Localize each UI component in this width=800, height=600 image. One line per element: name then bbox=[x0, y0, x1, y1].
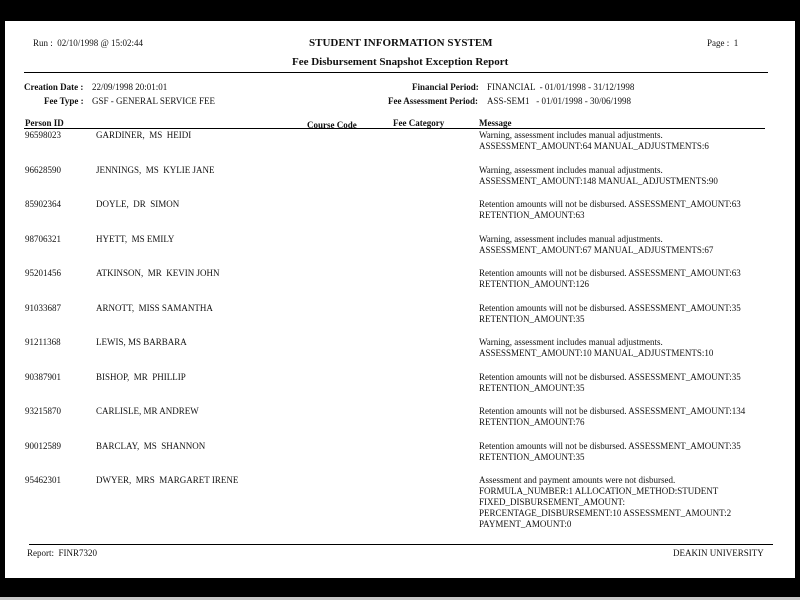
person-name: JENNINGS, MS KYLIE JANE bbox=[96, 165, 215, 176]
report-page: Run : 02/10/1998 @ 15:02:44 STUDENT INFO… bbox=[5, 21, 795, 578]
report-code: Report: FINR7320 bbox=[27, 548, 97, 559]
exception-message: Warning, assessment includes manual adju… bbox=[479, 234, 779, 256]
header-rule bbox=[24, 72, 768, 73]
exception-message: Retention amounts will not be disbursed.… bbox=[479, 268, 779, 290]
exception-message: Retention amounts will not be disbursed.… bbox=[479, 303, 779, 325]
person-id: 93215870 bbox=[25, 406, 61, 417]
fee-assessment-period-value: ASS-SEM1 - 01/01/1998 - 30/06/1998 bbox=[487, 96, 631, 107]
financial-period-value: FINANCIAL - 01/01/1998 - 31/12/1998 bbox=[487, 82, 634, 93]
fee-assessment-period-label: Fee Assessment Period: bbox=[388, 96, 478, 107]
person-id: 98706321 bbox=[25, 234, 61, 245]
run-value: 02/10/1998 @ 15:02:44 bbox=[57, 38, 143, 48]
page-label: Page : bbox=[707, 38, 729, 48]
organization-name: DEAKIN UNIVERSITY bbox=[673, 548, 764, 559]
page-value: 1 bbox=[734, 38, 739, 48]
fee-type-label: Fee Type : bbox=[44, 96, 84, 107]
exception-message: Retention amounts will not be disbursed.… bbox=[479, 199, 779, 221]
creation-date-label: Creation Date : bbox=[24, 82, 83, 93]
person-name: CARLISLE, MR ANDREW bbox=[96, 406, 199, 417]
exception-message: Warning, assessment includes manual adju… bbox=[479, 165, 779, 187]
person-id: 85902364 bbox=[25, 199, 61, 210]
footer-rule bbox=[29, 544, 773, 545]
person-id: 90012589 bbox=[25, 441, 61, 452]
exception-message: Retention amounts will not be disbursed.… bbox=[479, 406, 779, 428]
fee-type-value: GSF - GENERAL SERVICE FEE bbox=[92, 96, 215, 107]
exception-message: Warning, assessment includes manual adju… bbox=[479, 337, 779, 359]
run-timestamp: Run : 02/10/1998 @ 15:02:44 bbox=[33, 38, 143, 49]
person-name: GARDINER, MS HEIDI bbox=[96, 130, 191, 141]
person-name: LEWIS, MS BARBARA bbox=[96, 337, 187, 348]
system-title: STUDENT INFORMATION SYSTEM bbox=[309, 37, 493, 50]
exception-message: Warning, assessment includes manual adju… bbox=[479, 130, 779, 152]
person-id: 91211368 bbox=[25, 337, 61, 348]
report-title: Fee Disbursement Snapshot Exception Repo… bbox=[292, 56, 508, 69]
exception-message: Retention amounts will not be disbursed.… bbox=[479, 441, 779, 463]
column-header-rule bbox=[24, 128, 765, 129]
person-name: HYETT, MS EMILY bbox=[96, 234, 174, 245]
column-header-course-code: Course Code bbox=[307, 120, 357, 131]
person-name: DWYER, MRS MARGARET IRENE bbox=[96, 475, 238, 486]
person-name: DOYLE, DR SIMON bbox=[96, 199, 179, 210]
run-label: Run : bbox=[33, 38, 53, 48]
person-id: 96628590 bbox=[25, 165, 61, 176]
person-name: BARCLAY, MS SHANNON bbox=[96, 441, 205, 452]
financial-period-label: Financial Period: bbox=[412, 82, 479, 93]
exception-message: Retention amounts will not be disbursed.… bbox=[479, 372, 779, 394]
person-id: 96598023 bbox=[25, 130, 61, 141]
person-id: 91033687 bbox=[25, 303, 61, 314]
page-number: Page : 1 bbox=[707, 38, 738, 49]
creation-date-value: 22/09/1998 20:01:01 bbox=[92, 82, 167, 93]
person-name: ATKINSON, MR KEVIN JOHN bbox=[96, 268, 220, 279]
person-id: 95462301 bbox=[25, 475, 61, 486]
report-label: Report: bbox=[27, 548, 54, 558]
person-id: 90387901 bbox=[25, 372, 61, 383]
exception-message: Assessment and payment amounts were not … bbox=[479, 475, 779, 530]
person-name: BISHOP, MR PHILLIP bbox=[96, 372, 186, 383]
person-id: 95201456 bbox=[25, 268, 61, 279]
person-name: ARNOTT, MISS SAMANTHA bbox=[96, 303, 213, 314]
report-value: FINR7320 bbox=[59, 548, 98, 558]
